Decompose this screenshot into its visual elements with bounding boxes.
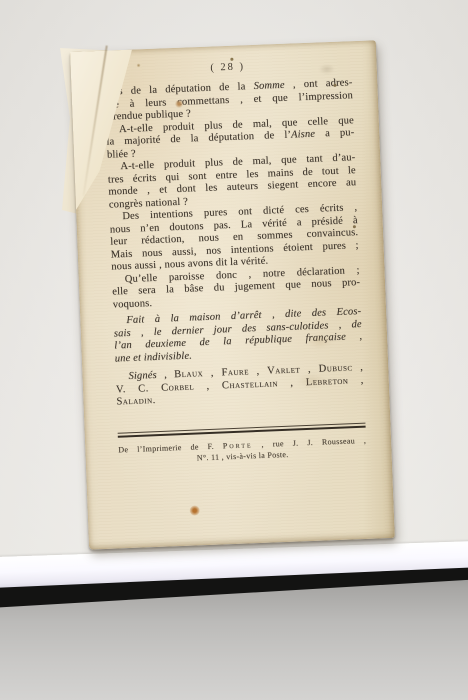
text-segment: Porte [223,440,253,450]
text-segment: une et indivisible. [115,350,193,364]
pamphlet-page: ( 28 ) bres de la députation de la Somme… [70,40,395,549]
text-segment: N°. 11 , vis-à-vis la Poste. [197,450,289,463]
foxing-spot [190,505,200,515]
text-segment: congrès national ? [109,196,188,210]
text-segment: voquons. [113,298,153,311]
text-segment: Saladin. [116,395,156,408]
fold-crease-line [83,45,108,196]
text-segment: bliée ? [107,148,136,160]
page-number: ( 28 ) [104,56,352,79]
imprint: De l’Imprimerie de F. Porte , rue J. J. … [118,435,367,467]
paragraph-dateline: Fait à la maison d’arrêt , dite des Ecos… [113,306,363,365]
text-segment: , ont adres- [284,77,352,91]
imprint-colophon: De l’Imprimerie de F. Porte , rue J. J. … [118,435,367,467]
paragraph-4: Des intentions pures ont dicté ces écrit… [109,202,359,274]
text-segment: Somme [253,80,284,92]
text-segment: Signés [128,370,157,382]
imprint-rule [118,422,366,437]
text-segment: a pu- [315,127,355,139]
text-segment: Aisne [291,129,315,141]
photo-stage: ( 28 ) bres de la députation de la Somme… [0,0,468,700]
paragraph-signatures: Signés , Blaux , Faure , Varlet , Dubusc… [115,362,364,409]
text-segment: , [157,369,175,381]
page-text: bres de la députation de la Somme , ont … [104,77,364,409]
